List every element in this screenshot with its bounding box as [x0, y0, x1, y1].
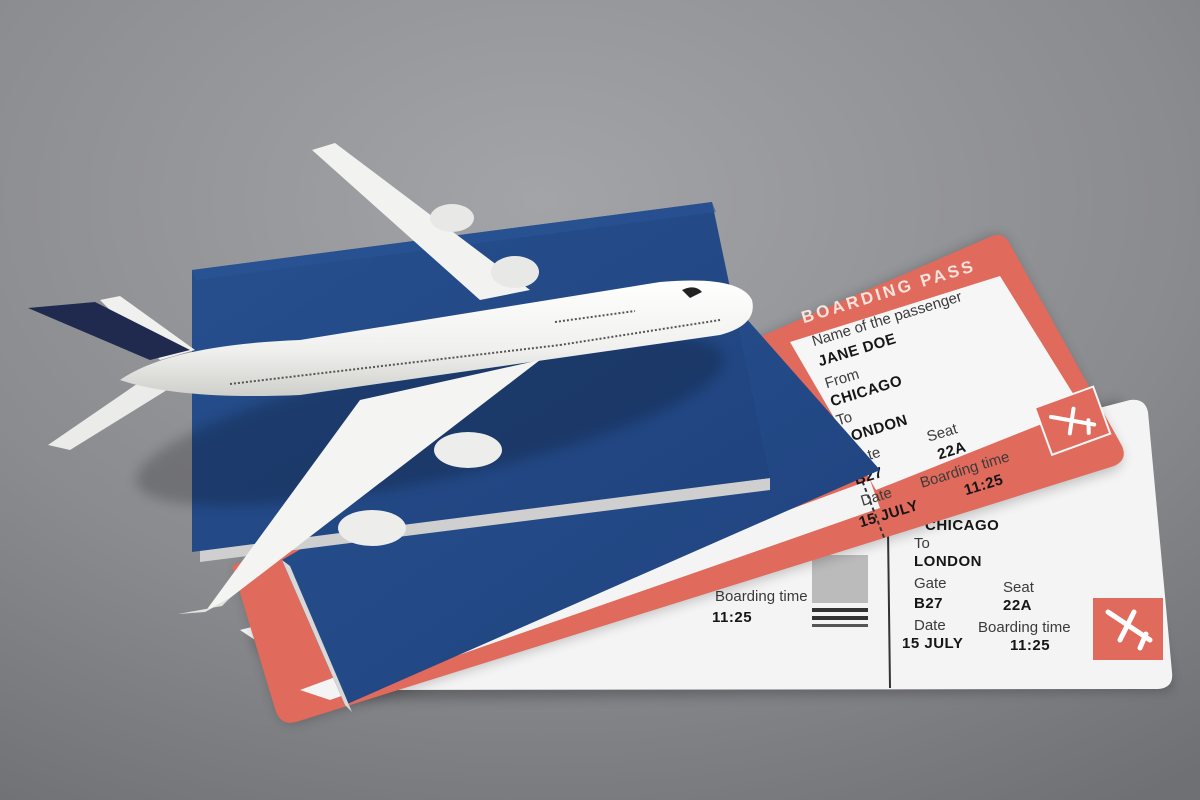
back-boarding-time-value: 11:25	[1010, 637, 1050, 654]
back-date-value: 15 JULY	[902, 635, 963, 652]
back-gate-value: B27	[914, 595, 943, 612]
back-to-label: To	[914, 535, 930, 552]
stub-boarding-time-value: 11:25	[712, 609, 752, 626]
stub-boarding-time-label: Boarding time	[715, 588, 808, 605]
back-to-value: LONDON	[914, 553, 982, 570]
back-boarding-time-label: Boarding time	[978, 619, 1071, 636]
back-seat-value: 22A	[1003, 597, 1032, 614]
photo-scene: Boarding time 11:25 CHICAGO To LONDON Ga…	[0, 0, 1200, 800]
back-date-label: Date	[914, 617, 946, 634]
back-seat-label: Seat	[1003, 579, 1035, 596]
airplane-icon	[1093, 598, 1163, 660]
back-gate-label: Gate	[914, 575, 947, 592]
